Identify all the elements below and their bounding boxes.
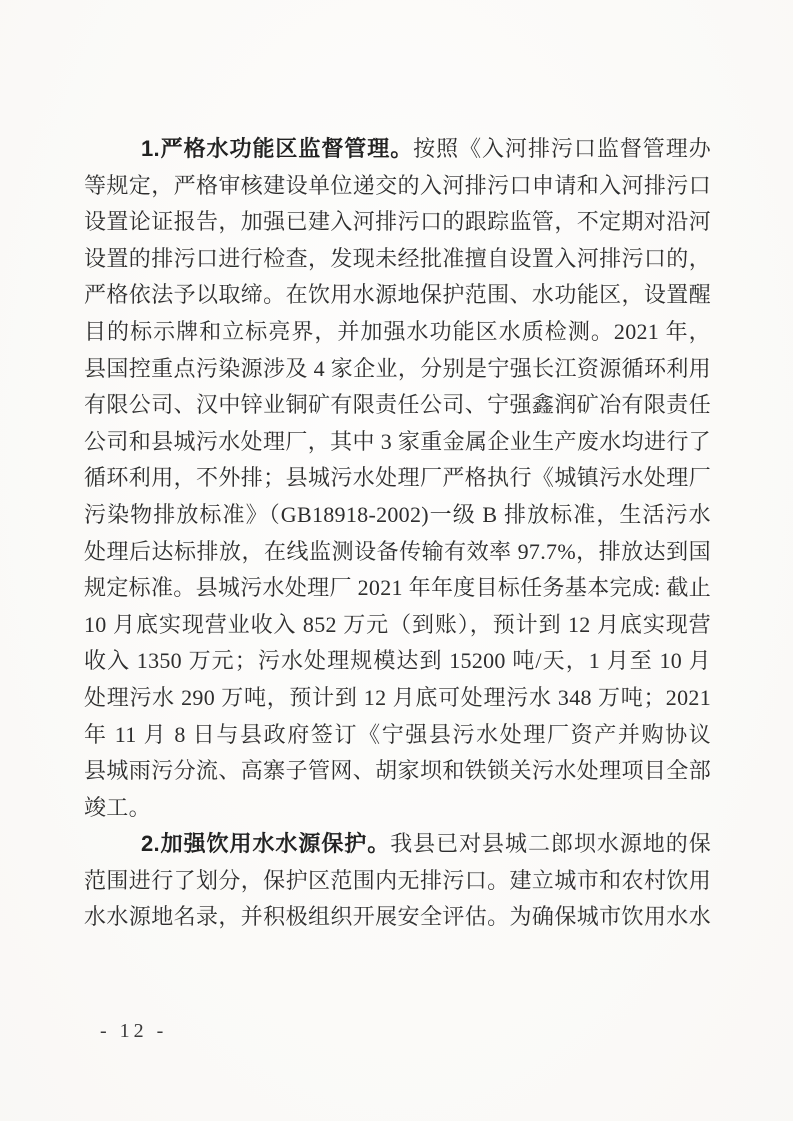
body-segment: 污染物排放标准》（GB18918-2002)一级 B 排放标准，生活污水经 [84,502,711,534]
body-segment: 等规定，严格审核建设单位递交的入河排污口申请和入河排污口 [84,173,711,198]
text-line: 10 月底实现营业收入 852 万元（到账），预计到 12 月底实现营业 [84,607,711,644]
text-line: 年 11 月 8 日与县政府签订《宁强县污水处理厂资产并购协议书》; [84,717,711,754]
text-line: 设置论证报告，加强已建入河排污口的跟踪监管，不定期对沿河 [84,204,711,241]
text-body: 1.严格水功能区监督管理。按照《入河排污口监督管理办法》等规定，严格审核建设单位… [84,131,711,936]
body-segment: 竣工。 [84,795,151,820]
body-segment: 设置论证报告，加强已建入河排污口的跟踪监管，不定期对沿河 [84,209,711,234]
heading-segment: 1.严格水功能区监督管理。 [141,136,413,161]
body-segment: 公司和县城污水处理厂，其中 3 家重金属企业生产废水均进行了 [84,429,711,454]
text-line: 县城雨污分流、高寨子管网、胡家坝和铁锁关污水处理项目全部 [84,753,711,790]
text-line: 循环利用，不外排；县城污水处理厂严格执行《城镇污水处理厂 [84,460,711,497]
text-line: 收入 1350 万元；污水处理规模达到 15200 吨/天，1 月至 10 月共 [84,643,711,680]
body-segment: 处理后达标排放，在线监测设备传输有效率 97.7%，排放达到国家 [84,539,711,571]
text-line: 有限公司、汉中锌业铜矿有限责任公司、宁强鑫润矿冶有限责任 [84,387,711,424]
text-line: 1.严格水功能区监督管理。按照《入河排污口监督管理办法》 [84,131,711,168]
body-segment: 收入 1350 万元；污水处理规模达到 15200 吨/天，1 月至 10 月共 [84,648,711,680]
text-line: 目的标示牌和立标亮界，并加强水功能区水质检测。2021 年，全 [84,314,711,351]
body-segment: 水水源地名录，并积极组织开展安全评估。为确保城市饮用水水 [84,904,711,929]
body-segment: 有限公司、汉中锌业铜矿有限责任公司、宁强鑫润矿冶有限责任 [84,392,711,417]
text-line: 设置的排污口进行检查，发现未经批准擅自设置入河排污口的， [84,241,711,278]
body-segment: 设置的排污口进行检查，发现未经批准擅自设置入河排污口的， [84,246,711,271]
text-line: 等规定，严格审核建设单位递交的入河排污口申请和入河排污口 [84,168,711,205]
heading-segment: 2.加强饮用水水源保护。 [141,831,390,856]
text-line: 严格依法予以取缔。在饮用水源地保护范围、水功能区，设置醒 [84,277,711,314]
body-segment: 循环利用，不外排；县城污水处理厂严格执行《城镇污水处理厂 [84,465,711,490]
text-line: 竣工。 [84,790,711,827]
body-segment: 目的标示牌和立标亮界，并加强水功能区水质检测。2021 年，全 [84,319,711,351]
body-segment: 严格依法予以取缔。在饮用水源地保护范围、水功能区，设置醒 [84,282,711,307]
document-page: 1.严格水功能区监督管理。按照《入河排污口监督管理办法》等规定，严格审核建设单位… [0,0,793,1121]
body-segment: 年 11 月 8 日与县政府签订《宁强县污水处理厂资产并购协议书》; [84,722,711,754]
body-segment: 规定标准。县城污水处理厂 2021 年年度目标任务基本完成: 截止 [84,575,711,600]
text-line: 2.加强饮用水水源保护。我县已对县城二郎坝水源地的保护 [84,826,711,863]
text-line: 处理后达标排放，在线监测设备传输有效率 97.7%，排放达到国家 [84,534,711,571]
body-segment: 县城雨污分流、高寨子管网、胡家坝和铁锁关污水处理项目全部 [84,758,711,783]
text-line: 处理污水 290 万吨，预计到 12 月底可处理污水 348 万吨；2021 [84,680,711,717]
body-segment: 范围进行了划分，保护区范围内无排污口。建立城市和农村饮用 [84,868,711,893]
text-line: 公司和县城污水处理厂，其中 3 家重金属企业生产废水均进行了 [84,424,711,461]
body-segment: 处理污水 290 万吨，预计到 12 月底可处理污水 348 万吨；2021 [84,685,711,710]
body-segment: 10 月底实现营业收入 852 万元（到账），预计到 12 月底实现营业 [84,612,711,644]
page-number: - 12 - [100,1020,167,1043]
text-line: 水水源地名录，并积极组织开展安全评估。为确保城市饮用水水 [84,899,711,936]
text-line: 污染物排放标准》（GB18918-2002)一级 B 排放标准，生活污水经 [84,497,711,534]
text-line: 范围进行了划分，保护区范围内无排污口。建立城市和农村饮用 [84,863,711,900]
text-line: 规定标准。县城污水处理厂 2021 年年度目标任务基本完成: 截止 [84,570,711,607]
body-segment: 县国控重点污染源涉及 4 家企业，分别是宁强长江资源循环利用 [84,356,711,381]
text-line: 县国控重点污染源涉及 4 家企业，分别是宁强长江资源循环利用 [84,351,711,388]
